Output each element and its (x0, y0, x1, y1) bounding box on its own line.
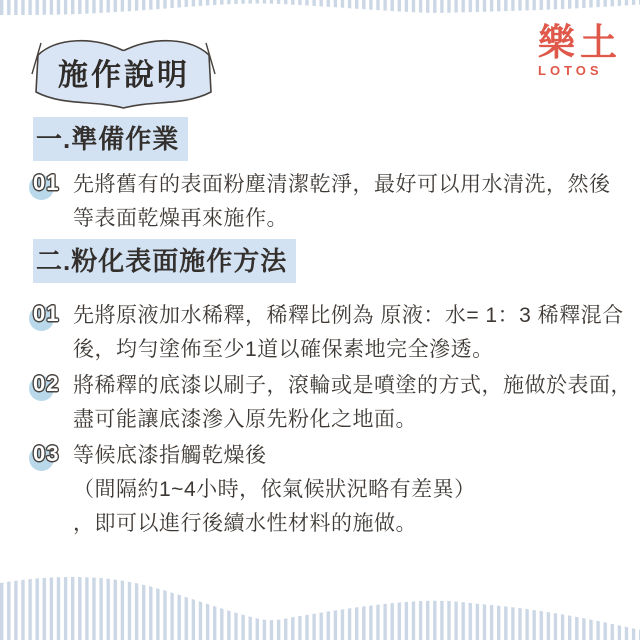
step-item-apply-01: 01 先將原液加水稀釋，稀釋比例為 原液：水= 1：3 稀釋混合 後，均勻塗佈至… (33, 297, 628, 367)
step-text-line: 先將舊有的表面粉塵清潔乾淨，最好可以用水清洗，然後 (73, 168, 628, 202)
step-number-badge: 01 (33, 166, 73, 200)
step-text-line: 等表面乾燥再來施作。 (73, 202, 628, 236)
title-book-badge: 施作說明 (28, 34, 220, 120)
step-number-badge: 03 (33, 437, 73, 471)
step-number: 03 (33, 441, 59, 466)
step-text: 等候底漆指觸乾燥後 （間隔約1~4小時，依氣候狀況略有差異） ，即可以進行後續水… (73, 437, 628, 541)
brand-logo-text: 樂土 (538, 24, 622, 61)
section-2-heading: 二.粉化表面施作方法 (33, 239, 296, 283)
step-text-line: 後，均勻塗佈至少1道以確保素地完全滲透。 (73, 333, 628, 367)
bottom-wave-stripes (0, 570, 640, 640)
step-item-apply-03: 03 等候底漆指觸乾燥後 （間隔約1~4小時，依氣候狀況略有差異） ，即可以進行… (33, 437, 628, 541)
brand-logo-subtext: LOTOS (538, 64, 622, 77)
step-text: 先將原液加水稀釋，稀釋比例為 原液：水= 1：3 稀釋混合 後，均勻塗佈至少1道… (73, 297, 628, 367)
step-number: 02 (33, 371, 59, 396)
step-text-line: 盡可能讓底漆滲入原先粉化之地面。 (73, 403, 632, 437)
step-number-badge: 02 (33, 367, 73, 401)
step-item-prep-01: 01 先將舊有的表面粉塵清潔乾淨，最好可以用水清洗，然後 等表面乾燥再來施作。 (33, 166, 628, 236)
step-text-line: ，即可以進行後續水性材料的施做。 (73, 507, 628, 541)
step-number: 01 (33, 301, 59, 326)
page-title: 施作說明 (28, 50, 220, 94)
section-1-heading: 一.準備作業 (33, 117, 188, 161)
step-number: 01 (33, 170, 59, 195)
step-text: 將稀釋的底漆以刷子，滾輪或是噴塗的方式，施做於表面， 盡可能讓底漆滲入原先粉化之… (73, 367, 632, 437)
step-text-line: 將稀釋的底漆以刷子，滾輪或是噴塗的方式，施做於表面， (73, 369, 632, 403)
step-number-badge: 01 (33, 297, 73, 331)
instruction-page: 樂土 LOTOS 施作說明 一.準備作業 01 先將舊有的表面粉塵清潔乾淨，最好… (0, 0, 640, 640)
step-text-line: 等候底漆指觸乾燥後 (73, 439, 628, 473)
section-1: 一.準備作業 (33, 117, 628, 161)
step-text-line: 先將原液加水稀釋，稀釋比例為 原液：水= 1：3 稀釋混合 (73, 299, 628, 333)
step-text: 先將舊有的表面粉塵清潔乾淨，最好可以用水清洗，然後 等表面乾燥再來施作。 (73, 166, 628, 236)
instruction-content: 一.準備作業 01 先將舊有的表面粉塵清潔乾淨，最好可以用水清洗，然後 等表面乾… (33, 117, 628, 541)
brand-logo: 樂土 LOTOS (538, 24, 622, 77)
step-text-line: （間隔約1~4小時，依氣候狀況略有差異） (73, 473, 628, 507)
step-item-apply-02: 02 將稀釋的底漆以刷子，滾輪或是噴塗的方式，施做於表面， 盡可能讓底漆滲入原先… (33, 367, 628, 437)
top-wave-stripes (0, 0, 640, 22)
section-2: 二.粉化表面施作方法 (33, 239, 628, 283)
